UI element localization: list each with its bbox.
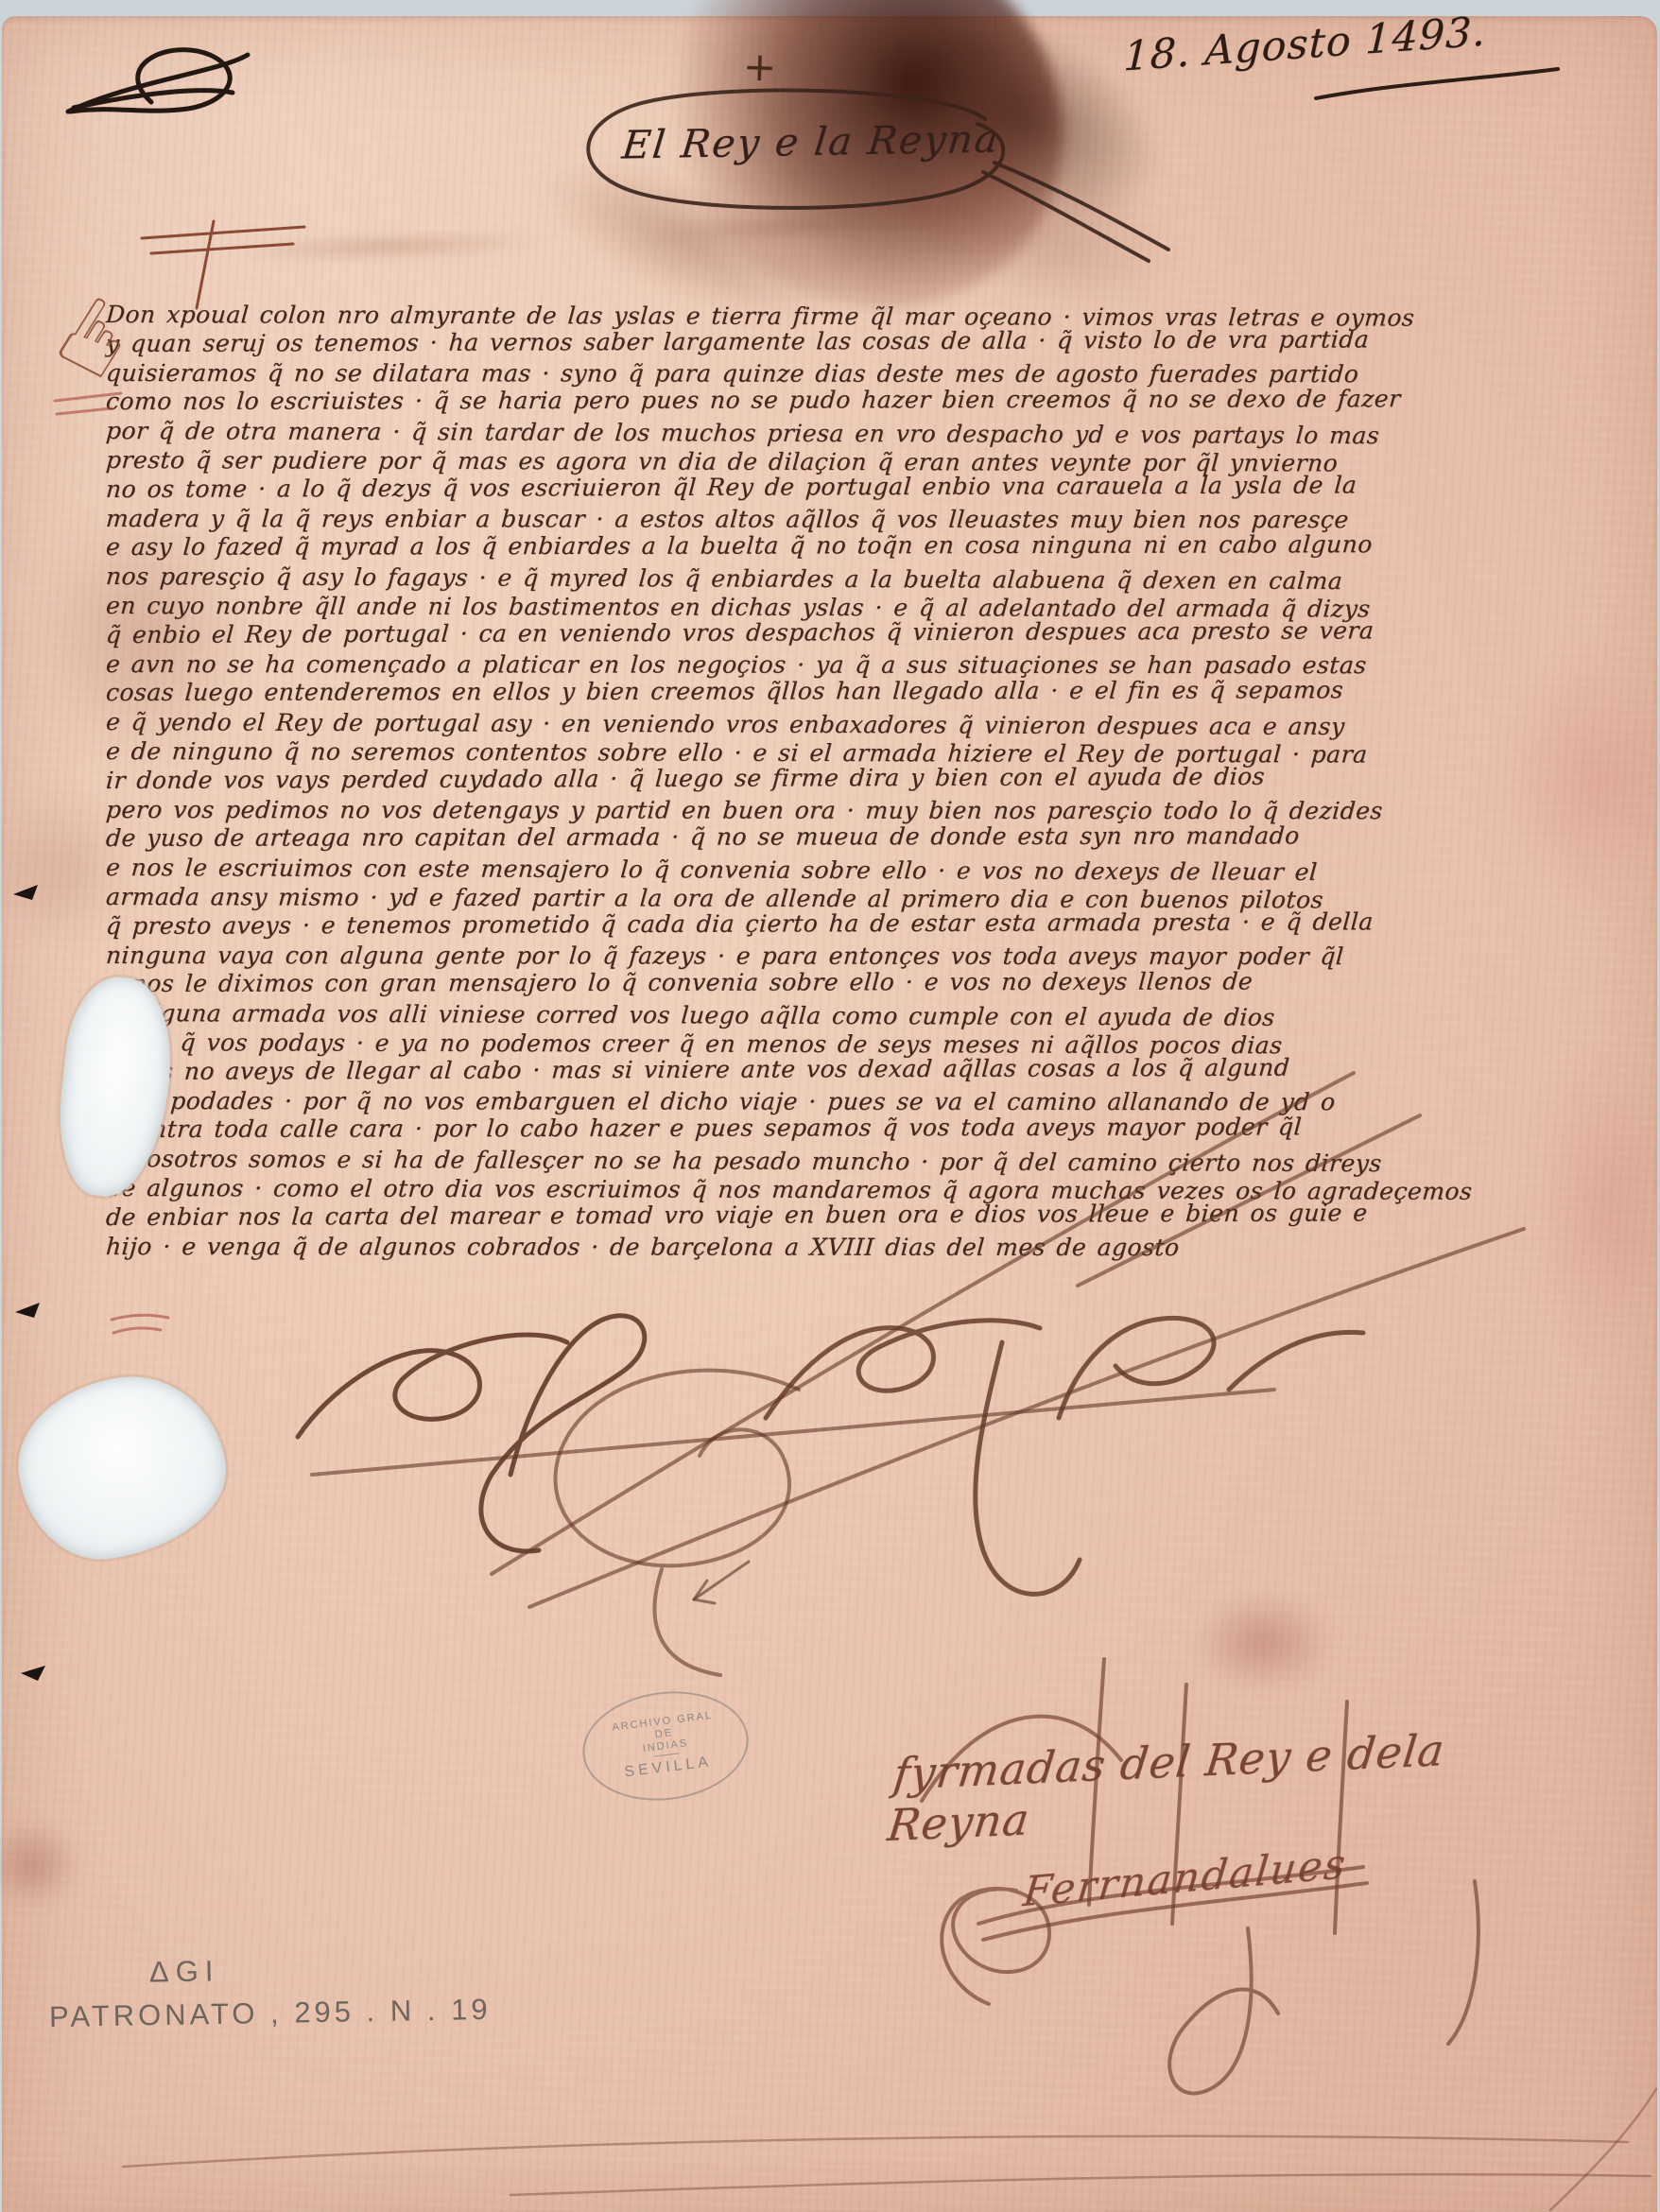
body-line: q̃ vos no aveys de llegar al cabo · mas … — [105, 1052, 1561, 1086]
stamp-divider — [654, 1753, 679, 1756]
body-line: no os tome · a lo q̃ dezys q̃ vos escriu… — [105, 470, 1561, 504]
body-line: e asy lo fazed q̃ myrad a los q̃ enbiard… — [105, 530, 1561, 562]
stamp-line: DE — [654, 1727, 674, 1740]
body-line: de yuso de arteaga nro capitan del armad… — [105, 821, 1561, 854]
body-line: y quan seruj os tenemos · ha vernos sabe… — [105, 324, 1561, 358]
body-line: q̃ enbio el Rey de portugal · ca en veni… — [105, 615, 1561, 649]
stamp-city: SEVILLA — [624, 1754, 713, 1781]
body-line: de enbiar nos la carta del marear e toma… — [105, 1198, 1561, 1232]
body-text: Don xpoual colon nro almyrante de las ys… — [106, 301, 1560, 1261]
invocation-cross: + — [742, 43, 777, 90]
body-line: cosas luego entenderemos en ellos y bien… — [105, 676, 1561, 708]
stamp-line: INDIAS — [642, 1737, 689, 1754]
body-line: ir donde vos vays perded cuydado alla · … — [105, 761, 1561, 795]
body-line: e nos le diximos con gran mensajero lo q… — [105, 967, 1561, 999]
body-line: hijo · e venga q̃ de algunos cobrados · … — [105, 1233, 1183, 1263]
pencil-agi-note: ΔGI — [149, 1954, 220, 1989]
scanned-document: + 18. Agosto 1493. El Rey e la Reyna ☞ D… — [0, 0, 1660, 2212]
letter-heading: El Rey e la Reyna — [610, 115, 1012, 167]
body-line: q̃ presto aveys · e tenemos prometido q̃… — [105, 907, 1561, 941]
body-line: mientra toda calle cara · por lo cabo ha… — [105, 1113, 1561, 1145]
body-line: como nos lo escriuistes · q̃ se haria pe… — [105, 385, 1561, 417]
